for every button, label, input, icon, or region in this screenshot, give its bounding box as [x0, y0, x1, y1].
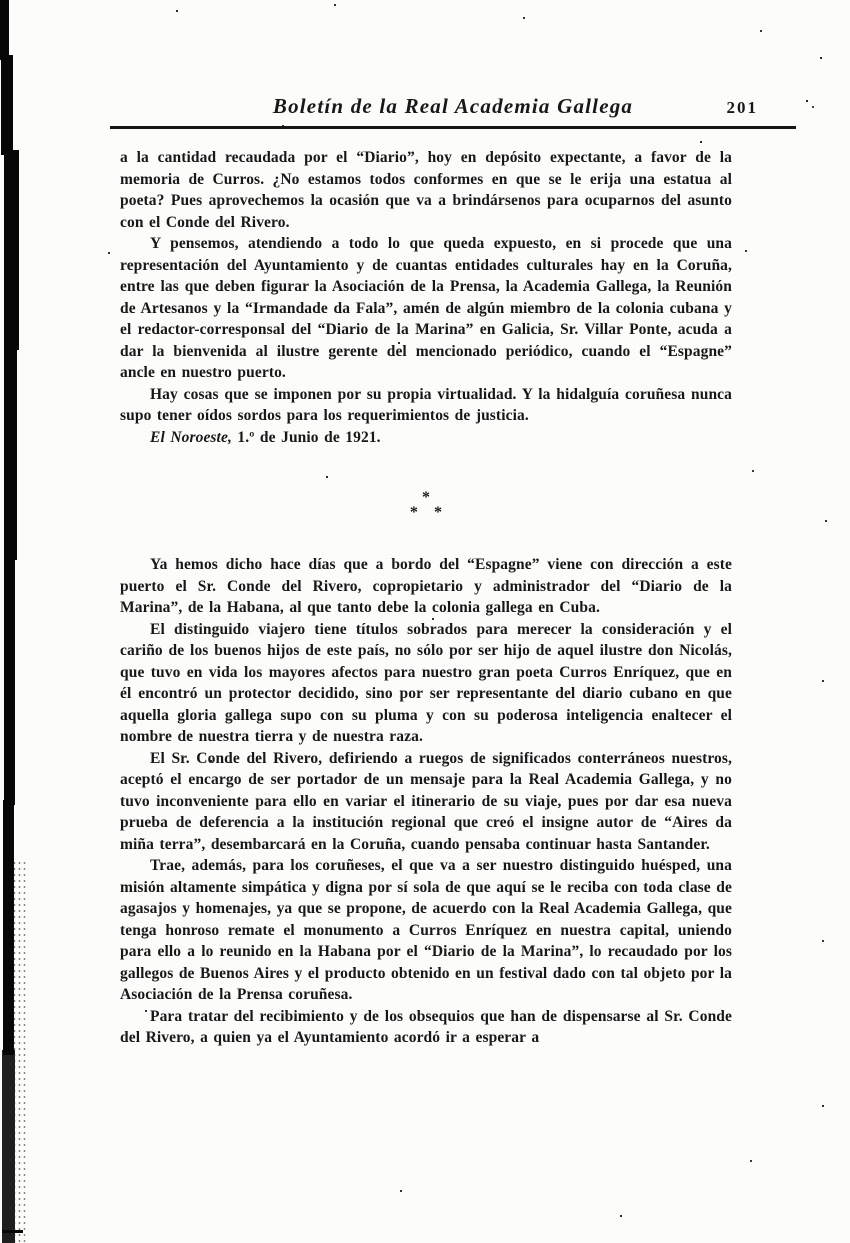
article-body: a la cantidad recaudada por el “Diario”,…: [120, 147, 732, 1049]
paragraph: El Sr. Conde del Rivero, defiriendo a ru…: [120, 748, 732, 856]
binding-shadow: [0, 0, 34, 1243]
binding-speckle: [12, 860, 28, 1243]
paragraph: Hay cosas que se imponen por su propia v…: [120, 384, 732, 427]
scanned-page: Boletín de la Real Academia Gallega 201 …: [0, 0, 850, 1243]
separator-asterisks-bottom: * *: [120, 505, 732, 520]
page-header: Boletín de la Real Academia Gallega 201: [110, 94, 796, 129]
paragraph: Trae, además, para los coruñeses, el que…: [120, 855, 732, 1006]
section-separator: * * *: [120, 490, 732, 520]
binding-segment: [4, 345, 17, 560]
binding-segment: [4, 555, 15, 805]
dateline-date: 1.º de Junio de 1921.: [232, 429, 381, 446]
paragraph: El distinguido viajero tiene títulos sob…: [120, 619, 732, 748]
binding-segment: [4, 150, 19, 350]
dateline: El Noroeste, 1.º de Junio de 1921.: [120, 427, 732, 449]
dateline-source: El Noroeste,: [150, 429, 232, 446]
paragraph: Para tratar del recibimiento y de los ob…: [120, 1006, 732, 1049]
page-number: 201: [727, 98, 759, 118]
binding-segment: [0, 0, 9, 60]
journal-title: Boletín de la Real Academia Gallega: [273, 94, 633, 119]
paragraph: a la cantidad recaudada por el “Diario”,…: [120, 147, 732, 233]
paragraph: Ya hemos dicho hace días que a bordo del…: [120, 554, 732, 619]
scan-edge-mark: [2, 1230, 23, 1233]
paragraph: Y pensemos, atendiendo a todo lo que que…: [120, 233, 732, 384]
binding-segment: [1, 55, 13, 155]
scan-noise: [0, 0, 2, 2]
separator-asterisk-top: *: [120, 490, 732, 505]
